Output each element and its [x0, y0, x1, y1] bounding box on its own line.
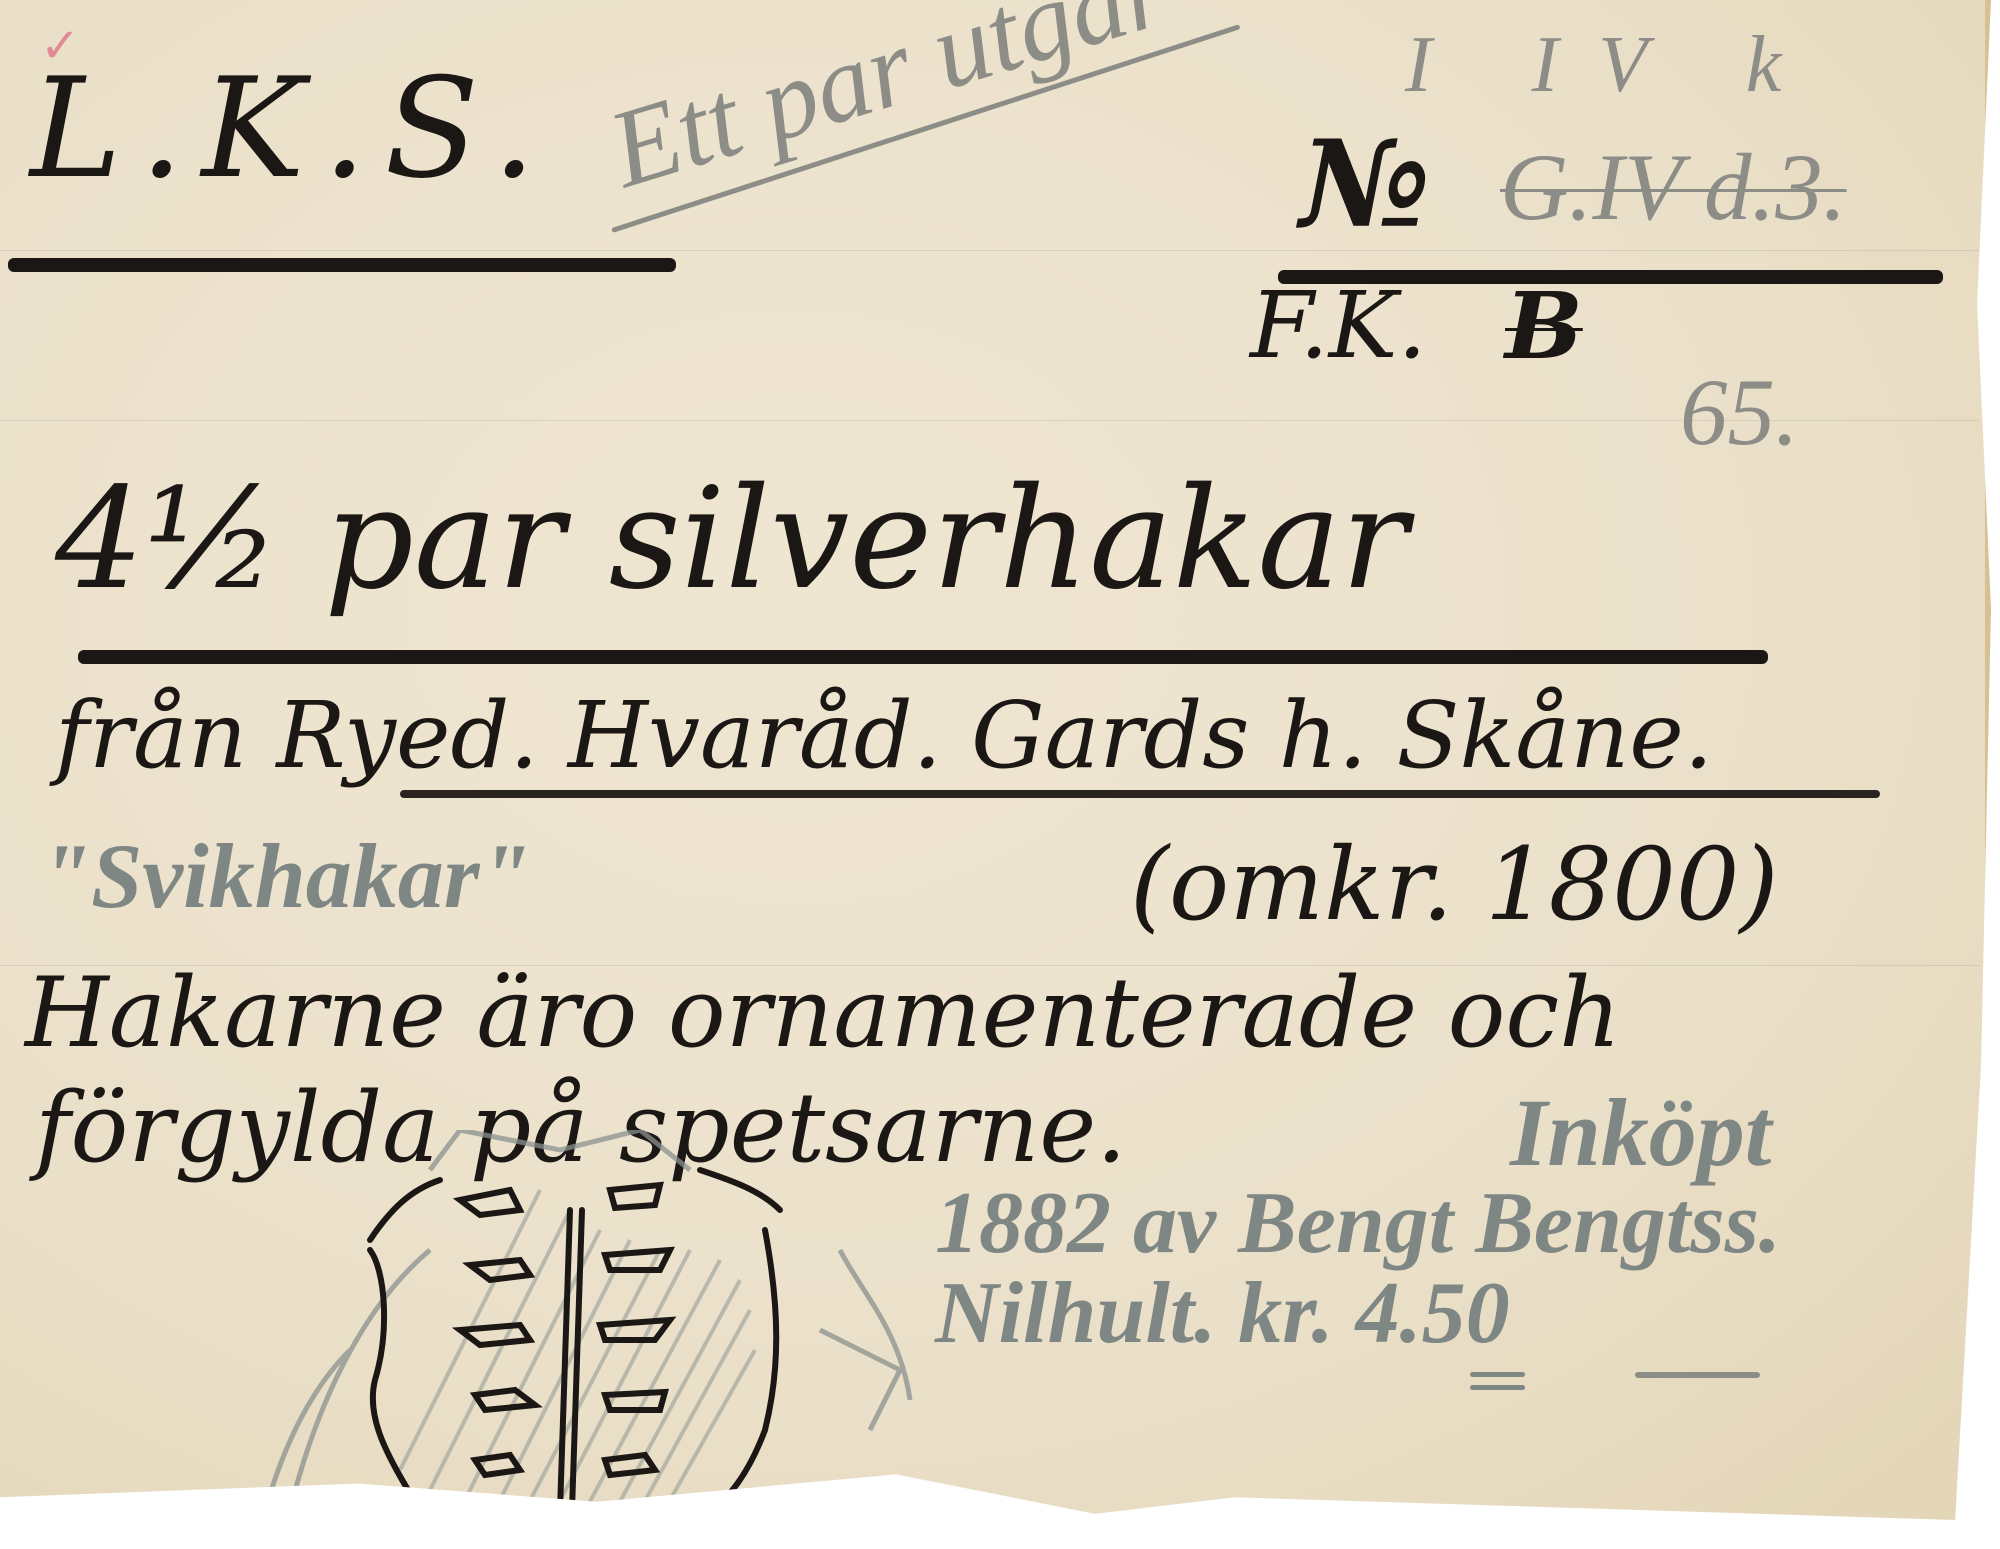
title-rule: [78, 650, 1768, 664]
provenance-line: från Ryed. Hvaråd. Gards h. Skåne.: [55, 690, 1713, 782]
date-note: (omkr. 1800): [1130, 835, 1779, 935]
pencil-number: 65.: [1680, 365, 1799, 460]
fk-label: F.K.: [1250, 280, 1427, 372]
number-value: G.IV d.3.: [1500, 140, 1847, 235]
number-label: №: [1300, 125, 1430, 245]
vest-sketch-icon: [260, 1130, 930, 1530]
description-line-1: Hakarne äro ornamenterade och: [25, 965, 1621, 1061]
header-left-rule: [8, 258, 676, 272]
acquisition-line-1: 1882 av Bengt Bengtss.: [935, 1180, 1781, 1268]
kr-double-underline: [1470, 1385, 1525, 1390]
item-title: 4½ par silverhakar: [55, 470, 1408, 610]
acquisition-line-2: Nilhult. kr. 4.50: [935, 1270, 1510, 1358]
price-underline: [1635, 1372, 1760, 1378]
local-name: "Svikhakar": [40, 830, 531, 922]
collection-code: L.K.S.: [30, 60, 554, 198]
provenance-rule: [400, 790, 1880, 798]
pencil-note: Ett par utgår: [598, 0, 1180, 205]
pencil-classification: I IV k: [1405, 25, 1821, 105]
paper-line: [0, 250, 1980, 251]
fk-value: B: [1505, 280, 1583, 372]
acquisition-word: Inköpt: [1510, 1085, 1771, 1181]
catalog-card: ✓ L.K.S. Ett par utgår I IV k № G.IV d.3…: [0, 0, 1991, 1520]
kr-double-underline: [1470, 1372, 1525, 1377]
